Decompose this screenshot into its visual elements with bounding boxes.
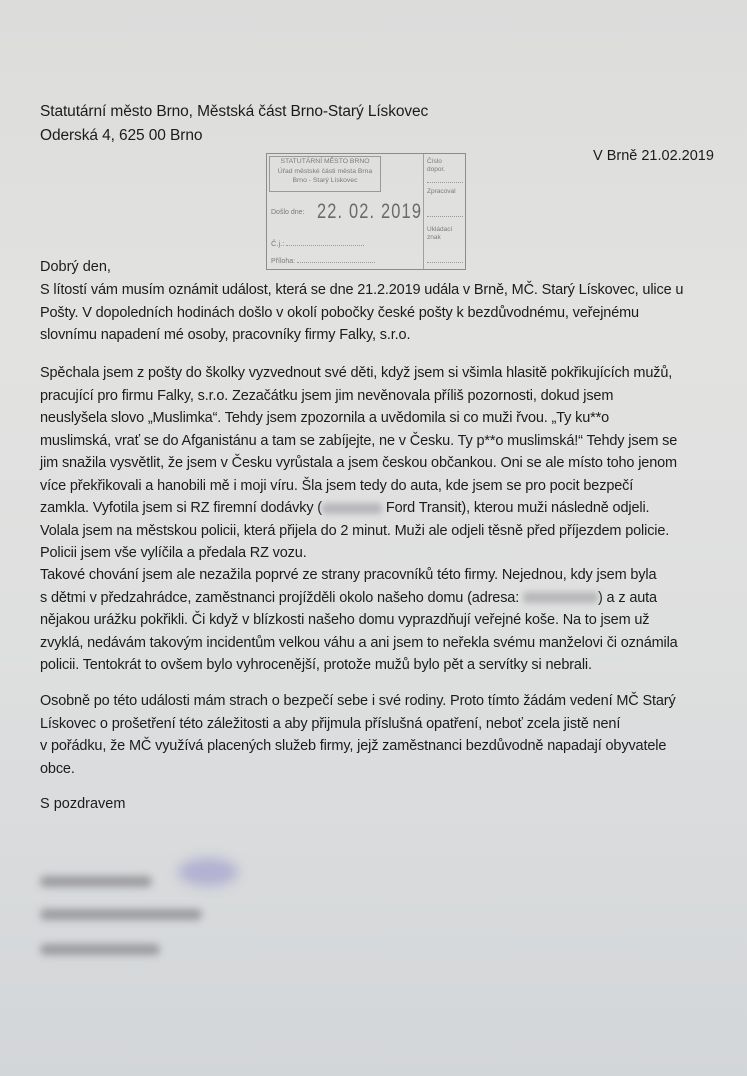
text-line: Takové chování jsem ale nezažila poprvé …	[40, 564, 730, 587]
text-line: zamkla. Vyfotila jsem si RZ firemní dodá…	[40, 497, 730, 520]
closing: S pozdravem	[40, 796, 125, 812]
text-fragment: zamkla. Vyfotila jsem si RZ firemní dodá…	[40, 500, 322, 516]
greeting: Dobrý den,	[40, 259, 111, 275]
stamp-label-text: dopor.	[427, 166, 445, 174]
redacted-sender-address	[40, 907, 202, 925]
text-line: s dětmi v předzahrádce, zaměstnanci proj…	[40, 587, 730, 610]
stamp-dotted-line	[427, 216, 463, 217]
text-line: muslimská, vrať se do Afganistánu a tam …	[40, 430, 730, 453]
stamp-org-line: STATUTÁRNÍ MĚSTO BRNO	[270, 157, 380, 167]
text-line: pracující pro firmu Falky, s.r.o. Zezačá…	[40, 385, 730, 408]
text-line: S lítostí vám musím oznámit událost, kte…	[40, 279, 730, 302]
recipient-name: Statutární město Brno, Městská část Brno…	[40, 100, 428, 124]
stamp-filing-label: Ukládací znak	[427, 226, 452, 241]
stamp-divider	[423, 154, 424, 269]
redaction-blur	[40, 909, 202, 920]
paragraph-1: S lítostí vám musím oznámit událost, kte…	[40, 279, 730, 347]
paragraph-4: Osobně po této události mám strach o bez…	[40, 690, 730, 780]
recipient-street: Oderská 4, 625 00 Brno	[40, 124, 428, 148]
stamp-label-text: Ukládací	[427, 226, 452, 234]
stamp-label-text: Číslo	[427, 158, 445, 166]
text-line: Spěchala jsem z pošty do školky vyzvedno…	[40, 362, 730, 385]
stamp-org-line: Brno - Starý Lískovec	[270, 176, 380, 186]
stamp-dotted-line	[427, 182, 463, 183]
text-line: policii. Tentokrát to ovšem bylo vyhroce…	[40, 654, 730, 677]
paragraph-2: Spěchala jsem z pošty do školky vyzvedno…	[40, 362, 730, 565]
text-line: Osobně po této události mám strach o bez…	[40, 690, 730, 713]
stamp-received-label: Došlo dne:	[271, 209, 304, 216]
text-fragment: ) a z auta	[598, 590, 657, 606]
text-line: více překřikovali a hanobili mě i moji v…	[40, 475, 730, 498]
text-line: neuslyšela slovo „Muslimka“. Tehdy jsem …	[40, 407, 730, 430]
stamp-label-text: znak	[427, 234, 452, 242]
stamp-attachment-field: Příloha:	[271, 258, 375, 265]
redacted-license-plate	[322, 503, 382, 514]
text-line: nějakou urážku pokřikli. Či když v blízk…	[40, 609, 730, 632]
stamp-reference-field: Č.j.:	[271, 239, 364, 248]
stamp-attachment-label: Příloha:	[271, 258, 295, 265]
text-line: Pošty. V dopoledních hodinách došlo v ok…	[40, 302, 730, 325]
redacted-sender-email	[40, 942, 160, 960]
receipt-stamp: STATUTÁRNÍ MĚSTO BRNO Úřad městské části…	[266, 153, 466, 270]
text-line: Policii jsem vše vylíčila a předala RZ v…	[40, 542, 730, 565]
stamp-dotted-line	[297, 262, 375, 263]
text-line: slovnímu napadení mé osoby, pracovníky f…	[40, 324, 730, 347]
redacted-sender-name	[40, 874, 152, 892]
stamp-number-label: Číslo dopor.	[427, 158, 445, 173]
redaction-blur	[40, 944, 160, 955]
redacted-address	[523, 592, 598, 603]
text-line: Lískovec o prošetření této záležitosti a…	[40, 713, 730, 736]
recipient-address: Statutární město Brno, Městská část Brno…	[40, 100, 428, 148]
stamp-received-date: 22. 02. 2019	[317, 200, 422, 224]
stamp-cj-label: Č.j.:	[271, 239, 284, 248]
redaction-blur	[40, 876, 152, 887]
text-line: v pořádku, že MČ využívá placených služe…	[40, 735, 730, 758]
text-line: Volala jsem na městskou policii, která p…	[40, 520, 730, 543]
text-fragment: s dětmi v předzahrádce, zaměstnanci proj…	[40, 590, 523, 606]
stamp-org-line: Úřad městské části města Brna	[270, 167, 380, 177]
text-line: obce.	[40, 758, 730, 781]
letter-page: Statutární město Brno, Městská část Brno…	[0, 0, 747, 1076]
text-fragment: Ford Transit), kterou muži následně odje…	[382, 500, 649, 516]
stamp-dotted-line	[427, 262, 463, 263]
stamp-processed-label: Zpracoval	[427, 188, 456, 196]
paragraph-3: Takové chování jsem ale nezažila poprvé …	[40, 564, 730, 677]
stamp-dotted-line	[286, 245, 364, 246]
text-line: zvyklá, nedávám takovým incidentům velko…	[40, 632, 730, 655]
text-line: jim snažila vysvětlit, že jsem v Česku v…	[40, 452, 730, 475]
stamp-organization: STATUTÁRNÍ MĚSTO BRNO Úřad městské části…	[269, 156, 381, 192]
handwritten-signature	[178, 858, 238, 886]
letter-date: V Brně 21.02.2019	[593, 148, 714, 164]
